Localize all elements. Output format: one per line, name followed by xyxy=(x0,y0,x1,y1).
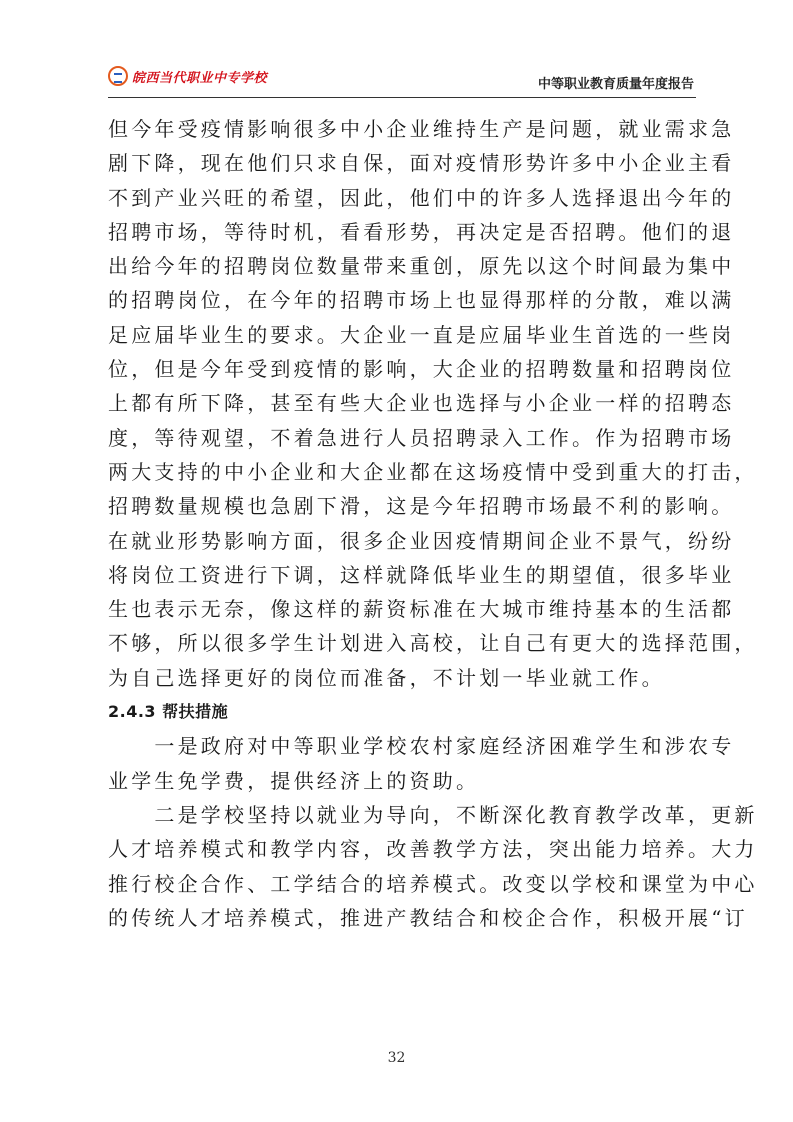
text-line: 推行校企合作、工学结合的培养模式。改变以学校和课堂为中心 xyxy=(108,867,696,901)
text-line: 为自己选择更好的岗位而准备，不计划一毕业就工作。 xyxy=(108,661,696,695)
text-line: 两大支持的中小企业和大企业都在这场疫情中受到重大的打击， xyxy=(108,455,696,489)
text-line: 招聘数量规模也急剧下滑，这是今年招聘市场最不利的影响。 xyxy=(108,489,696,523)
text-line: 位，但是今年受到疫情的影响，大企业的招聘数量和招聘岗位 xyxy=(108,352,696,386)
paragraph-education-reform: 二是学校坚持以就业为导向，不断深化教育教学改革，更新 人才培养模式和教学内容，改… xyxy=(108,798,696,935)
text-line: 度，等待观望，不着急进行人员招聘录入工作。作为招聘市场 xyxy=(108,421,696,455)
text-line: 将岗位工资进行下调，这样就降低毕业生的期望值，很多毕业 xyxy=(108,558,696,592)
text-line: 业学生免学费，提供经济上的资助。 xyxy=(108,764,696,798)
page-content: 但今年受疫情影响很多中小企业维持生产是问题，就业需求急 剧下降，现在他们只求自保… xyxy=(108,112,696,935)
paragraph-employment-impact: 但今年受疫情影响很多中小企业维持生产是问题，就业需求急 剧下降，现在他们只求自保… xyxy=(108,112,696,695)
text-line: 招聘市场，等待时机，看看形势，再决定是否招聘。他们的退 xyxy=(108,215,696,249)
paragraph-tuition-aid: 一是政府对中等职业学校农村家庭经济困难学生和涉农专 业学生免学费，提供经济上的资… xyxy=(108,729,696,798)
report-title: 中等职业教育质量年度报告 xyxy=(538,73,694,92)
school-name: 皖西当代职业中专学校 xyxy=(132,67,267,86)
text-line: 剧下降，现在他们只求自保，面对疫情形势许多中小企业主看 xyxy=(108,146,696,180)
school-logo: 皖西当代职业中专学校 xyxy=(108,66,267,86)
text-line: 不够，所以很多学生计划进入高校，让自己有更大的选择范围， xyxy=(108,626,696,660)
text-line: 生也表示无奈，像这样的薪资标准在大城市维持基本的生活都 xyxy=(108,592,696,626)
page-header: 皖西当代职业中专学校 中等职业教育质量年度报告 xyxy=(108,60,696,98)
text-line: 一是政府对中等职业学校农村家庭经济困难学生和涉农专 xyxy=(108,729,696,763)
text-line: 出给今年的招聘岗位数量带来重创，原先以这个时间最为集中 xyxy=(108,249,696,283)
text-line: 的传统人才培养模式，推进产教结合和校企合作，积极开展“订 xyxy=(108,901,696,935)
section-heading: 2.4.3 帮扶措施 xyxy=(108,695,696,729)
text-line: 的招聘岗位，在今年的招聘市场上也显得那样的分散，难以满 xyxy=(108,283,696,317)
page-number: 32 xyxy=(0,1050,793,1066)
text-line: 但今年受疫情影响很多中小企业维持生产是问题，就业需求急 xyxy=(108,112,696,146)
text-line: 不到产业兴旺的希望，因此，他们中的许多人选择退出今年的 xyxy=(108,181,696,215)
text-line: 足应届毕业生的要求。大企业一直是应届毕业生首选的一些岗 xyxy=(108,318,696,352)
text-line: 人才培养模式和教学内容，改善教学方法，突出能力培养。大力 xyxy=(108,832,696,866)
text-line: 在就业形势影响方面，很多企业因疫情期间企业不景气，纷纷 xyxy=(108,524,696,558)
text-line: 二是学校坚持以就业为导向，不断深化教育教学改革，更新 xyxy=(108,798,696,832)
text-line: 上都有所下降，甚至有些大企业也选择与小企业一样的招聘态 xyxy=(108,386,696,420)
school-emblem-icon xyxy=(108,66,128,86)
